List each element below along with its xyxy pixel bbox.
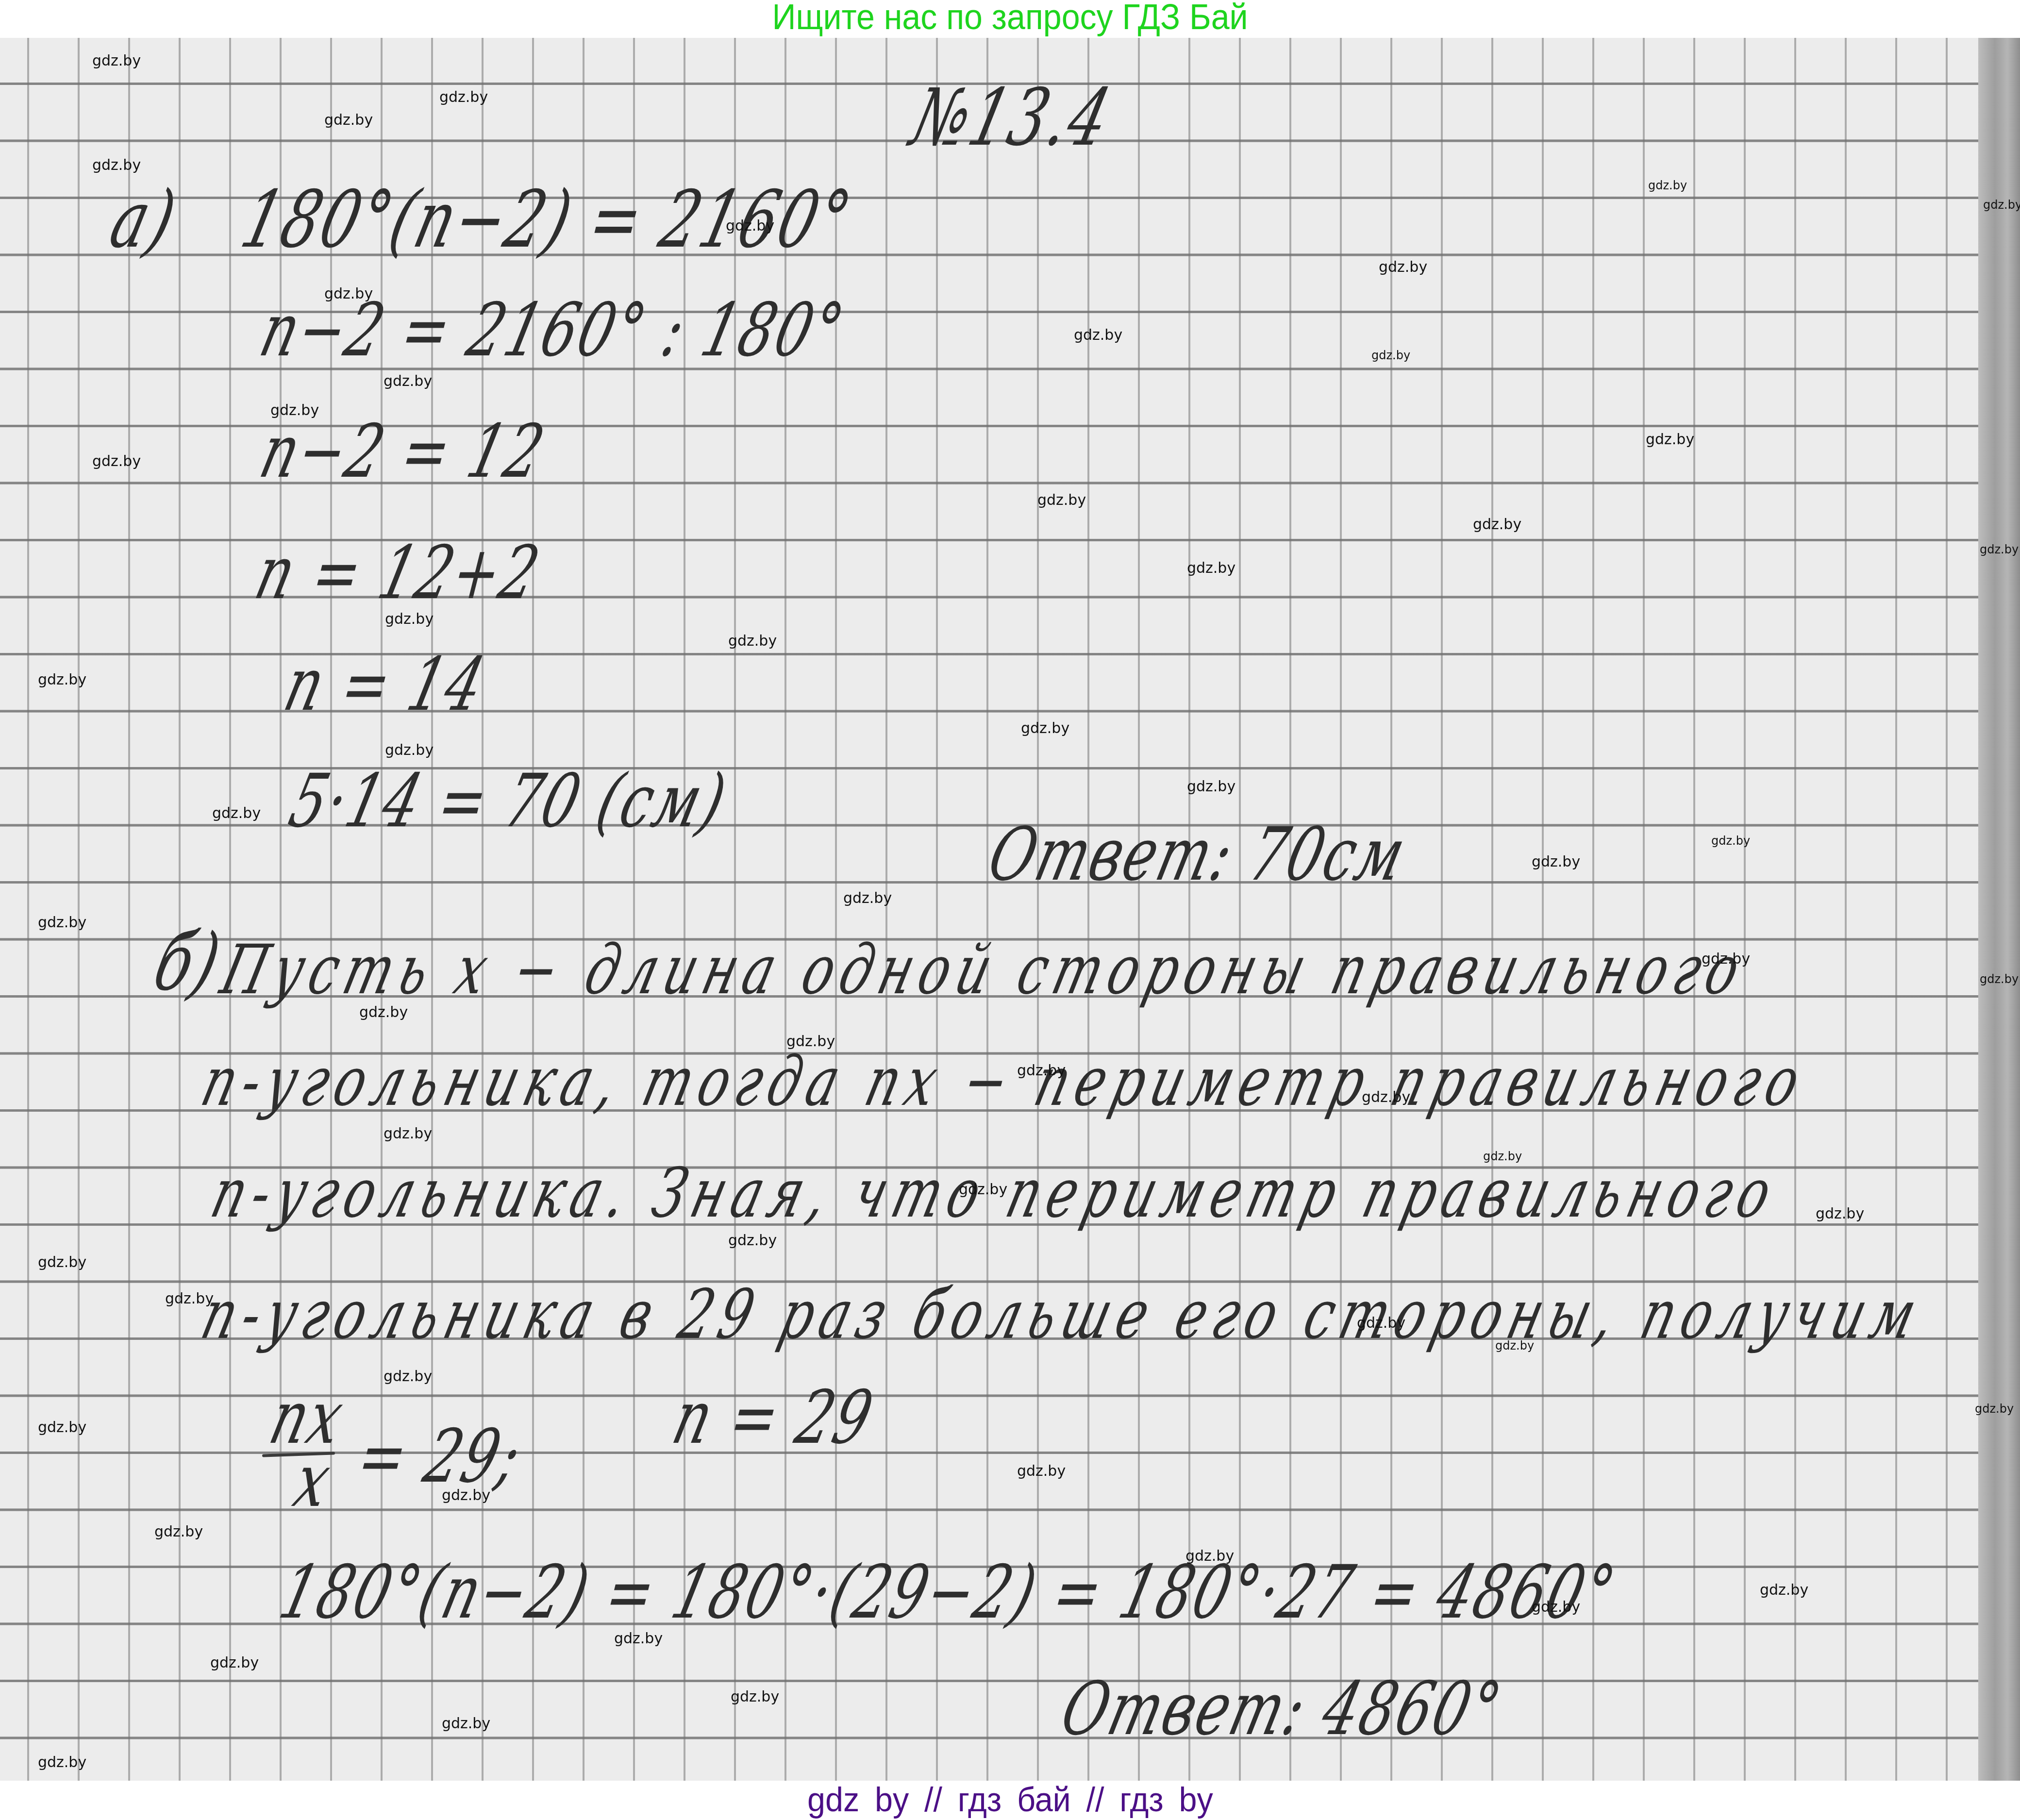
footer-text: gdz by // гдз бай // гдз by	[807, 1781, 1213, 1819]
watermark: gdz.by	[728, 1232, 777, 1249]
watermark: gdz.by	[439, 89, 488, 106]
n-value: n = 29	[665, 1375, 882, 1461]
watermark: gdz.by	[210, 1654, 259, 1671]
watermark: gdz.by	[384, 1368, 432, 1385]
watermark: gdz.by	[1711, 834, 1750, 848]
watermark: gdz.by	[1185, 1548, 1234, 1565]
watermark: gdz.by	[1646, 431, 1694, 448]
part-b-answer: Ответ: 4860°	[1053, 1667, 1511, 1752]
page-binding-edge	[1978, 38, 2020, 1781]
watermark: gdz.by	[728, 633, 777, 650]
watermark: gdz.by	[38, 1419, 86, 1436]
fraction-result: = 29;	[350, 1414, 531, 1500]
watermark: gdz.by	[1379, 259, 1427, 276]
watermark: gdz.by	[38, 1754, 86, 1771]
search-banner: Ищите нас по запросу ГДЗ Бай	[0, 0, 2020, 39]
watermark: gdz.by	[1975, 1402, 2014, 1416]
watermark: gdz.by	[270, 402, 319, 419]
part-a-line-3: n−2 = 12	[252, 409, 554, 495]
watermark: gdz.by	[843, 890, 892, 907]
watermark: gdz.by	[38, 914, 86, 931]
part-b-line-2: n-угольника, тогда nx − периметр правиль…	[194, 1041, 1814, 1121]
watermark: gdz.by	[959, 1181, 1007, 1198]
watermark: gdz.by	[1357, 1315, 1405, 1332]
watermark: gdz.by	[1648, 179, 1687, 192]
watermark: gdz.by	[786, 1033, 835, 1050]
watermark: gdz.by	[1017, 1062, 1066, 1079]
watermark: gdz.by	[38, 671, 86, 688]
watermark: gdz.by	[1980, 972, 2019, 986]
watermark: gdz.by	[1473, 516, 1521, 533]
watermark: gdz.by	[38, 1254, 86, 1271]
watermark: gdz.by	[442, 1487, 490, 1504]
watermark: gdz.by	[1017, 1463, 1066, 1480]
watermark: gdz.by	[1495, 1339, 1534, 1352]
notebook-page: №13.4 а) 180°(n−2) = 2160° n−2 = 2160° :…	[0, 38, 2020, 1781]
part-b-line-1: Пусть x − длина одной стороны правильног…	[214, 930, 1754, 1010]
watermark: gdz.by	[1983, 198, 2020, 212]
watermark: gdz.by	[1074, 327, 1122, 344]
part-b-computation: 180°(n−2) = 180°·(29−2) = 180°·27 = 4860…	[272, 1550, 1625, 1636]
watermark: gdz.by	[1371, 349, 1410, 362]
watermark: gdz.by	[1037, 492, 1086, 509]
watermark: gdz.by	[1816, 1205, 1864, 1222]
watermark: gdz.by	[384, 1125, 432, 1142]
part-a-line-4: n = 12+2	[248, 531, 549, 616]
watermark: gdz.by	[385, 611, 434, 628]
watermark: gdz.by	[1532, 1599, 1580, 1616]
watermark: gdz.by	[324, 285, 373, 302]
watermark: gdz.by	[359, 1004, 408, 1021]
watermark: gdz.by	[731, 1688, 779, 1705]
watermark: gdz.by	[726, 217, 774, 234]
watermark: gdz.by	[154, 1523, 203, 1540]
watermark: gdz.by	[92, 157, 141, 174]
problem-number: №13.4	[903, 72, 1120, 164]
watermark: gdz.by	[212, 805, 261, 822]
watermark: gdz.by	[1980, 543, 2019, 556]
watermark: gdz.by	[165, 1290, 214, 1307]
watermark: gdz.by	[614, 1630, 663, 1647]
watermark: gdz.by	[1483, 1150, 1522, 1163]
part-b-line-4: n-угольника в 29 раз больше его стороны,…	[194, 1274, 1931, 1354]
watermark: gdz.by	[1760, 1582, 1808, 1599]
part-a-line-6: 5·14 = 70 (см)	[282, 759, 735, 844]
part-a-line-5: n = 14	[277, 642, 494, 728]
watermark: gdz.by	[92, 453, 141, 470]
watermark: gdz.by	[1187, 560, 1235, 577]
watermark: gdz.by	[92, 52, 141, 69]
watermark: gdz.by	[1702, 951, 1750, 968]
part-a-answer: Ответ: 70см	[981, 812, 1415, 898]
watermark: gdz.by	[385, 742, 434, 759]
watermark: gdz.by	[1362, 1089, 1410, 1106]
watermark: gdz.by	[1532, 853, 1580, 870]
watermark: gdz.by	[384, 373, 432, 390]
footer-banner: gdz by // гдз бай // гдз by	[0, 1781, 2020, 1820]
watermark: gdz.by	[1021, 720, 1069, 737]
banner-text: Ищите нас по запросу ГДЗ Бай	[772, 0, 1248, 35]
watermark: gdz.by	[442, 1715, 490, 1732]
watermark: gdz.by	[1187, 778, 1235, 795]
watermark: gdz.by	[324, 112, 373, 129]
